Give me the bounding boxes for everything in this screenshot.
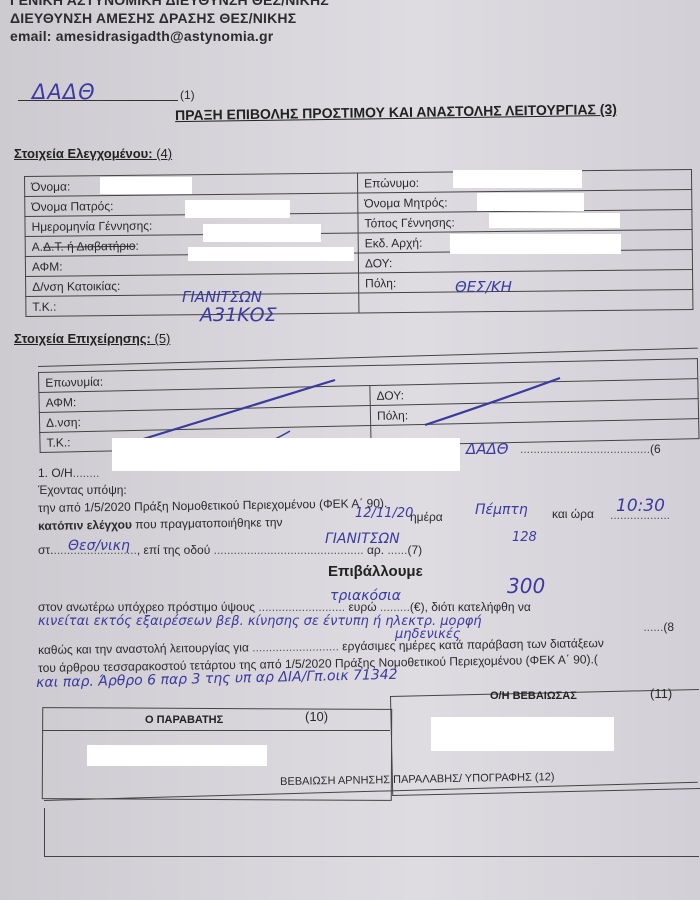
street-number-value: 128 [512,530,537,545]
impose-heading: Επιβάλλουμε [328,563,423,580]
field-label-suffix: : [135,238,138,252]
redaction-first-name [100,177,192,194]
field-label: Δ/νση Κατοικίας: [32,278,120,293]
redaction-offender-signature [87,745,267,766]
place-prefix: στ. [38,543,53,557]
redaction-father-name [185,200,290,218]
officer-ref: (6 [650,442,661,456]
time-label: και ώρα [552,507,594,521]
fine-suffix: (€), διότι κατελήφθη να [410,600,531,614]
offender-header-rule [42,730,390,731]
field-empty [359,290,693,313]
redaction-mother-name [477,193,584,211]
inspection-text: που πραγματοποιήθηκε την [135,515,282,531]
issuing-unit-ref: (1) [180,88,195,102]
inspection-line: κατόπιν ελέγχου που πραγματοποιήθηκε την [38,515,283,533]
dots: .......................... [252,639,339,654]
dots: ...... [643,620,663,634]
officer-unit-handwritten: ΔΑΔΘ [466,440,509,458]
field-label: Εκδ. Αρχή: [365,235,423,250]
document-title: ΠΡΑΞΗ ΕΠΙΒΟΛΗΣ ΠΡΟΣΤΙΜΟΥ ΚΑΙ ΑΝΑΣΤΟΛΗΣ Λ… [175,101,617,123]
day-value: Πέμπτη [475,502,528,518]
field-label: Επώνυμο: [364,175,419,190]
postal-code-value: Α31ΚΟΣ [200,304,277,326]
field-label: Όνομα Μητρός: [364,195,447,210]
day-label: ημέρα [410,510,443,524]
fine-prefix: στον ανωτέρω υπόχρεο πρόστιμο ύψους [38,600,255,614]
ref8: (8 [663,620,674,634]
suspension-value: μηδενικές [395,627,460,642]
business-section-heading: Στοιχεία Επιχείρησης: (5) [14,331,170,346]
fine-words-value: τριακόσια [330,588,401,604]
refusal-box [44,808,699,857]
suspension-suffix: εργάσιμες ημέρες κατά παράβαση των διατά… [342,636,604,653]
officer-unit-dots: .......................................(… [520,442,661,456]
document-page: ΓΕΝΙΚΗ ΑΣΤΥΝΟΜΙΚΗ ΔΙΕΥΘΥΝΣΗ ΘΕΣ/ΝΙΚΗΣ ΔΙ… [0,0,700,900]
officer-line: 1. Ο/Η........ [38,466,99,480]
field-label: Τόπος Γέννησης: [364,215,454,230]
issuing-unit-handwritten: ΔΑΔΘ [32,80,96,104]
field-label-prefix: Α. [32,239,43,253]
field-label: Τ.Κ.: [32,299,56,313]
field-label: ΑΦΜ: [32,259,63,273]
offender-label: Ο ΠΑΡΑΒΑΤΗΣ [145,714,223,726]
business-section-title: Στοιχεία Επιχείρησης: [14,331,151,346]
offender-ref: (10) [305,709,328,724]
reason-ref: ......(8 [38,620,674,634]
city-value: ΘΕΣ/ΚΗ [455,278,512,296]
suspension-prefix: καθώς και την αναστολή λειτουργίας για [38,640,249,657]
dots: ........ [73,466,100,480]
redaction-id-number [188,247,354,261]
header-email: email: amesidrasigadth@astynomia.gr [10,28,273,44]
header-authority-line: ΓΕΝΙΚΗ ΑΣΤΥΝΟΜΙΚΗ ΔΙΕΥΘΥΝΣΗ ΘΕΣ/ΝΙΚΗΣ [10,0,329,8]
street-value: ΓΙΑΝΙΤΣΩΝ [325,531,400,547]
person-section-heading: Στοιχεία Ελεγχομένου: (4) [14,146,172,161]
time-dots: .................. [610,508,670,522]
street-label: επί της οδού [144,543,211,557]
certifier-label: Ο/Η ΒΕΒΑΙΩΣΑΣ [490,690,577,702]
fine-amount-value: 300 [507,574,545,598]
business-section-ref: (5) [154,331,170,346]
considering-label: Έχοντας υπόψη: [38,483,127,497]
place-value: Θεσ/νικη [68,538,130,554]
redaction-birth-date [203,224,321,242]
field-label: Δ.νση: [46,415,81,430]
field-label: Όνομα Πατρός: [31,199,113,214]
redaction-certifier-signature [431,717,614,751]
field-label: Ημερομηνία Γέννησης: [31,218,152,233]
field-label: Επωνυμία: [45,374,103,389]
redaction-issuing-authority [450,234,621,254]
header-department: ΔΙΕΥΘΥΝΣΗ ΑΜΕΣΗΣ ΔΡΑΣΗΣ ΘΕΣ/ΝΙΚΗΣ [10,10,296,26]
redaction-officer-name [112,438,460,471]
act-line: την από 1/5/2020 Πράξη Νομοθετικού Περιε… [38,496,387,515]
field-label: ΑΦΜ: [45,395,76,410]
field-label-struck: Δ.Τ. ή Διαβατήριο [43,238,136,253]
redaction-surname [453,170,582,188]
dots: ....................................... [520,442,650,456]
dots: .................. [610,508,670,522]
person-section-ref: (4) [156,146,172,161]
field-label: Τ.Κ.: [46,435,70,450]
field-label: ΔΟΥ: [365,256,393,270]
inspection-bold: κατόπιν ελέγχου [38,518,132,533]
field-label: Όνομα: [31,179,70,193]
fine-line: στον ανωτέρω υπόχρεο πρόστιμο ύψους ....… [38,600,531,614]
redaction-birth-place [489,213,620,228]
ref7: (7) [407,543,422,557]
inspection-date-value: 12/11/20 [355,506,413,521]
person-section-title: Στοιχεία Ελεγχομένου: [14,146,153,161]
officer-prefix: 1. Ο/Η [38,466,73,480]
field-label: ΔΟΥ: [376,388,404,403]
field-label: Πόλη: [377,408,408,423]
certifier-ref: (11) [650,686,672,701]
field-label: Πόλη: [365,276,396,290]
